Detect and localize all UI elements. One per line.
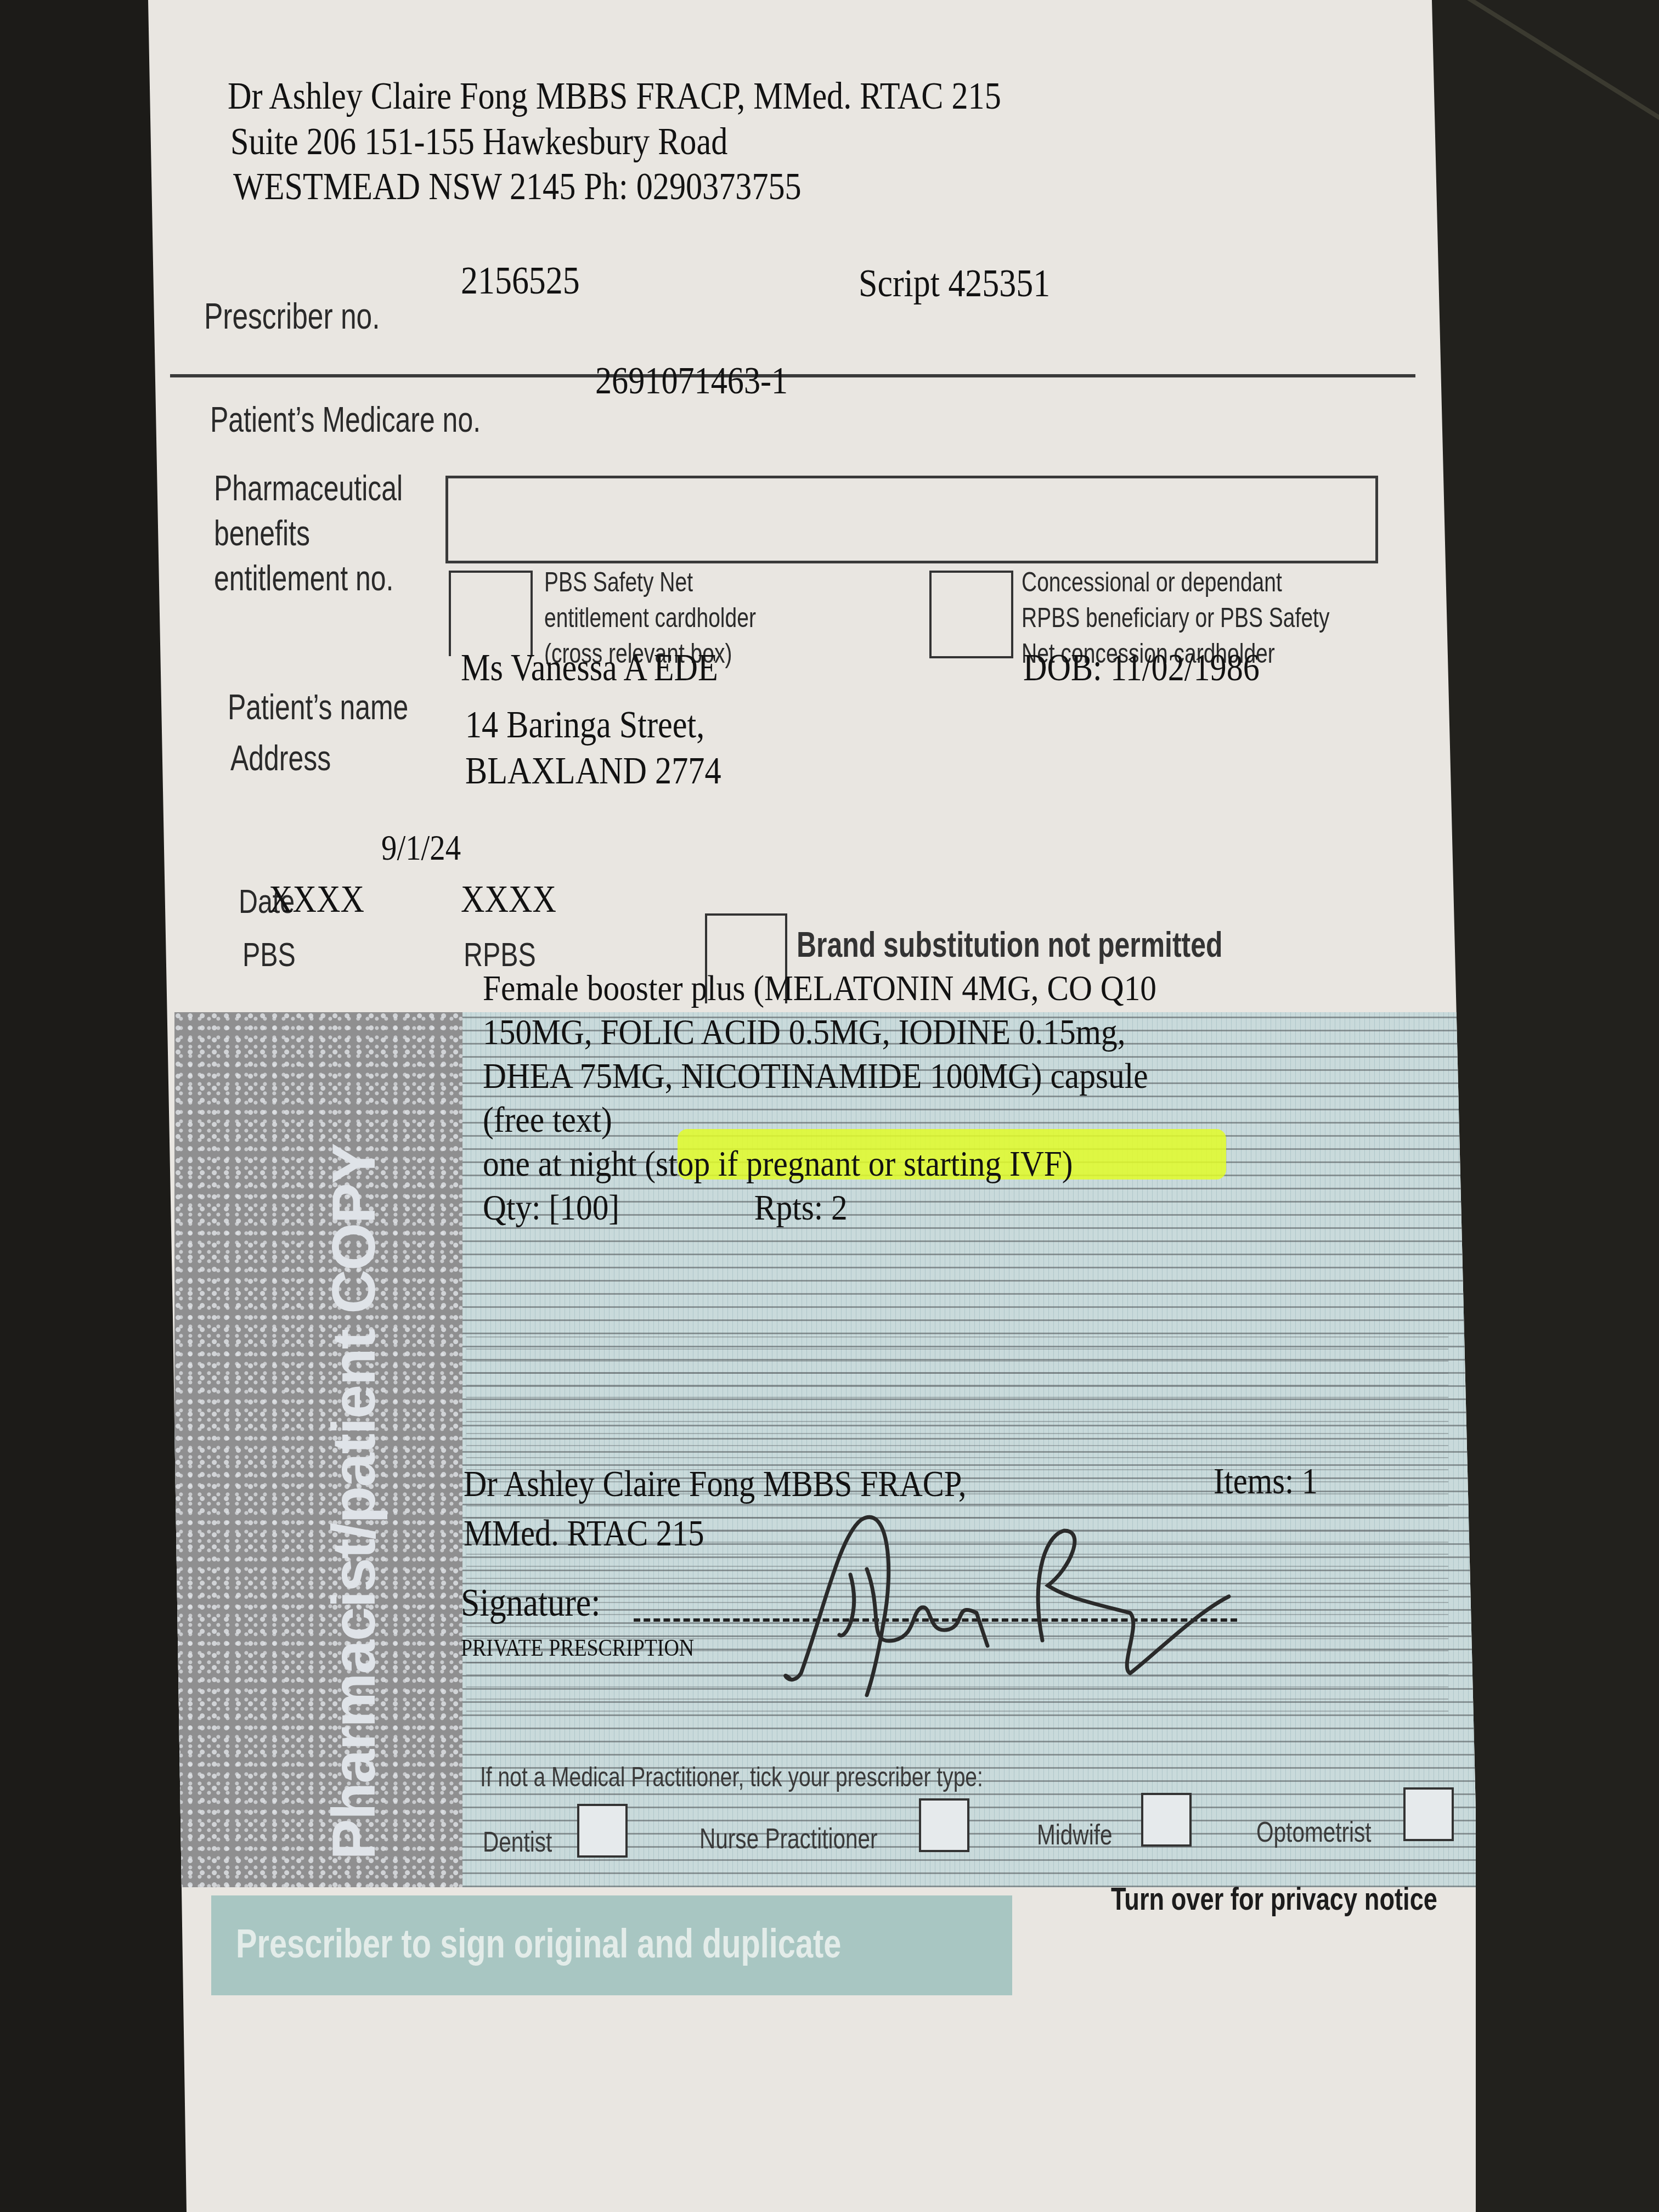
prescriber-type-prompt: If not a Medical Practitioner, tick your… — [480, 1761, 983, 1793]
patient-name: Ms Vanessa A EDE — [461, 646, 718, 690]
safety-net-label-line1: PBS Safety Net — [544, 568, 693, 596]
entitlement-number-field[interactable] — [445, 476, 1378, 563]
prescriber-type-nurse-checkbox[interactable] — [919, 1798, 969, 1852]
prescriber-number-label: Prescriber no. — [204, 295, 380, 337]
concessional-label-line1: Concessional or dependant — [1022, 568, 1282, 596]
signature-prescriber-quals: MMed. RTAC 215 — [464, 1511, 704, 1555]
medication-line2: 150MG, FOLIC ACID 0.5MG, IODINE 0.15mg, — [483, 1011, 1156, 1054]
prescriber-type-optometrist-checkbox[interactable] — [1403, 1787, 1454, 1841]
medication-warning: (stop if pregnant or starting IVF) — [645, 1144, 1073, 1184]
medication-directions-line: one at night (stop if pregnant or starti… — [483, 1142, 1156, 1186]
quantity: Qty: [100] — [483, 1188, 619, 1228]
pbs-cross-mark: XXXX — [269, 878, 364, 922]
script-number: Script 425351 — [859, 261, 1050, 306]
concessional-checkbox[interactable] — [929, 571, 1013, 658]
prescriber-number: 2156525 — [461, 258, 580, 303]
brand-substitution-label: Brand substitution not permitted — [797, 924, 1222, 965]
signature-prescriber-name: Dr Ashley Claire Fong MBBS FRACP, — [464, 1462, 966, 1505]
prescriber-name: Dr Ashley Claire Fong MBBS FRACP, MMed. … — [228, 74, 1001, 119]
medication-line1: Female booster plus (MELATONIN 4MG, CO Q… — [483, 967, 1156, 1011]
prescriber-type-optometrist-label: Optometrist — [1256, 1816, 1372, 1849]
patient-address-line1: 14 Baringa Street, — [465, 703, 704, 747]
safety-net-label-line2: entitlement cardholder — [544, 603, 756, 632]
concessional-label-line2: RPBS beneficiary or PBS Safety — [1022, 603, 1329, 632]
handwritten-signature — [757, 1503, 1361, 1701]
quantity-repeats-line: Qty: [100] Rpts: 2 — [483, 1186, 1156, 1230]
sign-instruction: Prescriber to sign original and duplicat… — [236, 1920, 841, 1967]
prescriber-type-midwife-checkbox[interactable] — [1141, 1793, 1192, 1847]
prescriber-city-phone: WESTMEAD NSW 2145 Ph: 0290373755 — [233, 165, 802, 210]
divider-line — [170, 374, 1415, 377]
private-prescription-label: PRIVATE PRESCRIPTION — [461, 1634, 694, 1662]
pbs-label: PBS — [242, 935, 296, 974]
medication-line4: (free text) — [483, 1098, 1156, 1142]
medication-directions: one at night — [483, 1144, 636, 1184]
copy-side-label: Pharmacist/patient COPY — [318, 1144, 389, 1860]
entitlement-label-line2: benefits — [214, 516, 310, 551]
medicare-label: Patient’s Medicare no. — [210, 399, 481, 440]
signature-label: Signature: — [461, 1580, 601, 1626]
patient-dob: DOB: 11/02/1986 — [1023, 646, 1260, 690]
prescription-form: Dr Ashley Claire Fong MBBS FRACP, MMed. … — [0, 0, 1659, 2212]
prescriber-type-dentist-label: Dentist — [483, 1826, 552, 1859]
address-label: Address — [230, 738, 331, 778]
entitlement-label-line1: Pharmaceutical — [214, 471, 403, 506]
items-count: Items: 1 — [1214, 1459, 1318, 1503]
patient-name-label: Patient’s name — [228, 687, 408, 727]
medication-line3: DHEA 75MG, NICOTINAMIDE 100MG) capsule — [483, 1054, 1156, 1098]
privacy-notice: Turn over for privacy notice — [1111, 1881, 1437, 1917]
medicare-number: 2691071463-1 — [595, 359, 788, 403]
prescription-date: 9/1/24 — [381, 827, 461, 869]
patient-address-line2: BLAXLAND 2774 — [465, 749, 721, 793]
repeats: Rpts: 2 — [754, 1188, 848, 1228]
prescriber-type-nurse-label: Nurse Practitioner — [699, 1822, 878, 1855]
prescriber-type-dentist-checkbox[interactable] — [577, 1804, 628, 1858]
prescriber-address: Suite 206 151-155 Hawkesbury Road — [230, 120, 727, 165]
rpbs-cross-mark: XXXX — [461, 878, 556, 922]
safety-net-checkbox[interactable] — [449, 571, 533, 656]
prescriber-type-midwife-label: Midwife — [1037, 1819, 1112, 1852]
entitlement-label-line3: entitlement no. — [214, 561, 393, 596]
